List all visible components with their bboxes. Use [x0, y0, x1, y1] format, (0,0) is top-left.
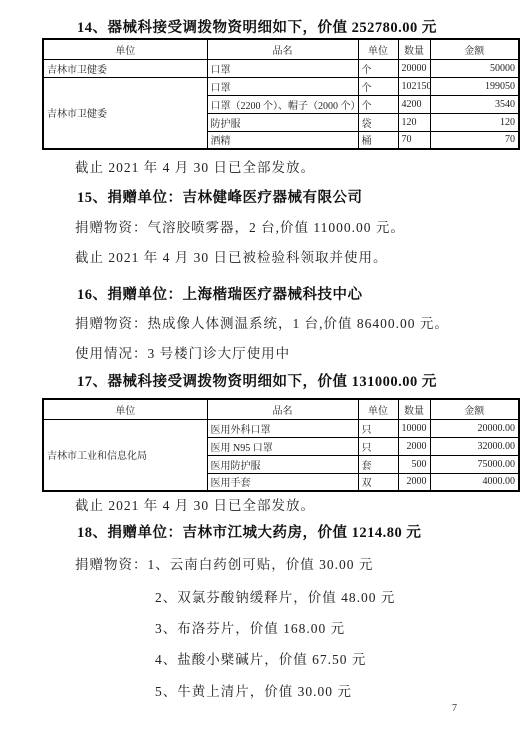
- table-header-qty: 数量: [398, 39, 430, 59]
- cell-item: 医用 N95 口罩: [207, 437, 358, 455]
- table-header-row: 单位 品名 单位 数量 金额: [43, 39, 519, 59]
- cell-org-merged: 吉林市工业和信息化局: [43, 419, 207, 491]
- cell-item: 口罩: [207, 59, 358, 77]
- table-header-unit: 单位: [358, 399, 398, 419]
- cell-unit: 只: [358, 437, 398, 455]
- table-header-unit: 单位: [358, 39, 398, 59]
- cell-qty: 10000: [398, 419, 430, 437]
- cell-qty: 2000: [398, 473, 430, 491]
- cell-amount: 50000: [430, 59, 519, 77]
- cell-item: 防护服: [207, 113, 358, 131]
- page-number: 7: [452, 703, 457, 714]
- cell-unit: 桶: [358, 131, 398, 149]
- cell-item: 医用外科口罩: [207, 419, 358, 437]
- cell-qty: 70: [398, 131, 430, 149]
- cell-qty: 120: [398, 113, 430, 131]
- section-18-heading: 18、捐赠单位：吉林市江城大药房，价值 1214.80 元: [77, 521, 421, 542]
- cell-unit: 个: [358, 77, 398, 95]
- section-16-heading: 16、捐赠单位：上海楷瑞医疗器械科技中心: [77, 283, 363, 304]
- cell-amount: 3540: [430, 95, 519, 113]
- allocation-table-17: 单位 品名 单位 数量 金额 吉林市工业和信息化局 医用外科口罩 只 10000…: [42, 398, 520, 492]
- table-row: 吉林市卫健委 口罩 个 102150 199050: [43, 77, 519, 95]
- section-16-usage: 使用情况：3 号楼门诊大厅使用中: [75, 342, 290, 362]
- cell-unit: 个: [358, 95, 398, 113]
- cell-qty: 2000: [398, 437, 430, 455]
- table-header-amount: 金额: [430, 399, 519, 419]
- cell-unit: 袋: [358, 113, 398, 131]
- allocation-table-14: 单位 品名 单位 数量 金额 吉林市卫健委 口罩 个 20000 50000 吉…: [42, 38, 520, 150]
- section-17-heading: 17、器械科接受调拨物资明细如下，价值 131000.00 元: [77, 370, 437, 391]
- table-row: 吉林市卫健委 口罩 个 20000 50000: [43, 59, 519, 77]
- cell-amount: 32000.00: [430, 437, 519, 455]
- section-17-note: 截止 2021 年 4 月 30 日已全部发放。: [75, 494, 315, 514]
- section-18-donation-lead: 捐赠物资：1、云南白药创可贴，价值 30.00 元: [75, 553, 373, 573]
- section-18-item: 2、双氯芬酸钠缓释片，价值 48.00 元: [155, 586, 395, 606]
- section-16-donation: 捐赠物资：热成像人体测温系统，1 台,价值 86400.00 元。: [75, 312, 449, 332]
- cell-unit: 套: [358, 455, 398, 473]
- cell-unit: 只: [358, 419, 398, 437]
- cell-amount: 20000.00: [430, 419, 519, 437]
- document-page: 14、器械科接受调拨物资明细如下，价值 252780.00 元 单位 品名 单位…: [0, 0, 525, 738]
- table-row: 吉林市工业和信息化局 医用外科口罩 只 10000 20000.00: [43, 419, 519, 437]
- cell-item: 医用防护服: [207, 455, 358, 473]
- table-header-item: 品名: [207, 39, 358, 59]
- cell-item: 酒精: [207, 131, 358, 149]
- cell-item: 口罩（2200 个）、帽子（2000 个）: [207, 95, 358, 113]
- section-14-note: 截止 2021 年 4 月 30 日已全部发放。: [75, 156, 315, 176]
- cell-item: 口罩: [207, 77, 358, 95]
- cell-amount: 70: [430, 131, 519, 149]
- table-header-amount: 金额: [430, 39, 519, 59]
- cell-org-merged: 吉林市卫健委: [43, 77, 207, 149]
- cell-qty: 20000: [398, 59, 430, 77]
- table-header-row: 单位 品名 单位 数量 金额: [43, 399, 519, 419]
- table-header-org: 单位: [43, 399, 207, 419]
- table-header-item: 品名: [207, 399, 358, 419]
- section-18-item: 4、盐酸小檗碱片，价值 67.50 元: [155, 648, 366, 668]
- section-15-donation: 捐赠物资：气溶胶喷雾器，2 台,价值 11000.00 元。: [75, 216, 405, 236]
- cell-unit: 个: [358, 59, 398, 77]
- section-14-heading: 14、器械科接受调拨物资明细如下，价值 252780.00 元: [77, 16, 437, 37]
- section-15-note: 截止 2021 年 4 月 30 日已被检验科领取并使用。: [75, 246, 388, 266]
- cell-qty: 500: [398, 455, 430, 473]
- cell-amount: 199050: [430, 77, 519, 95]
- cell-amount: 4000.00: [430, 473, 519, 491]
- cell-unit: 双: [358, 473, 398, 491]
- cell-item: 医用手套: [207, 473, 358, 491]
- section-18-item: 3、布洛芬片，价值 168.00 元: [155, 617, 345, 637]
- cell-org: 吉林市卫健委: [43, 59, 207, 77]
- table-header-org: 单位: [43, 39, 207, 59]
- cell-qty: 102150: [398, 77, 430, 95]
- section-18-item: 5、牛黄上清片，价值 30.00 元: [155, 680, 352, 700]
- cell-qty: 4200: [398, 95, 430, 113]
- section-15-heading: 15、捐赠单位：吉林健峰医疗器械有限公司: [77, 186, 363, 207]
- cell-amount: 75000.00: [430, 455, 519, 473]
- table-header-qty: 数量: [398, 399, 430, 419]
- cell-amount: 120: [430, 113, 519, 131]
